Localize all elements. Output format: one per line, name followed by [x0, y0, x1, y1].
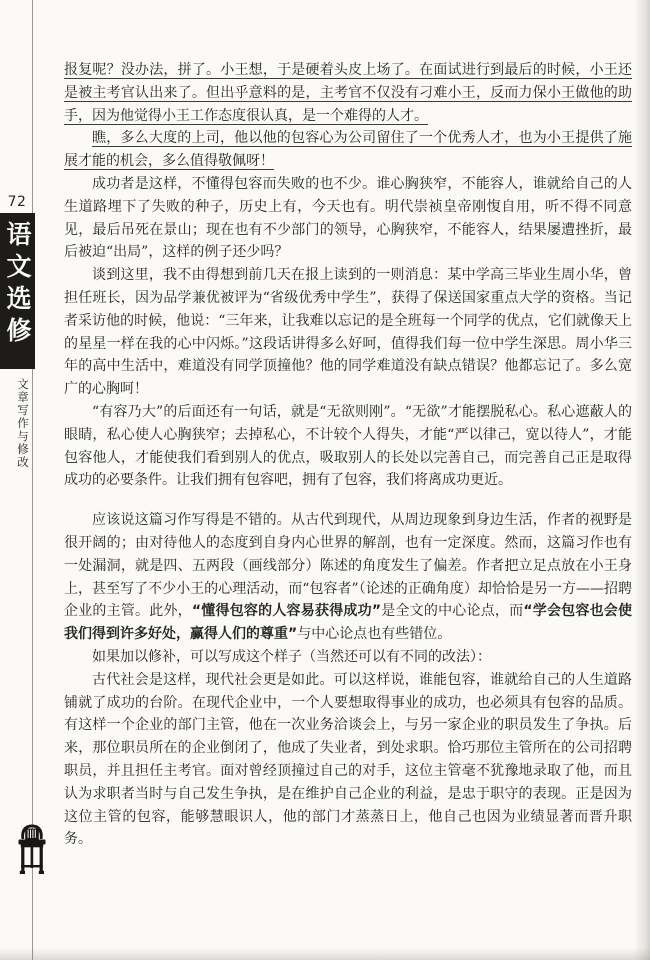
emphasis-quote: “懂得包容的人容易获得成功”: [192, 603, 381, 619]
student-essay-section: 报复呢？没办法，拼了。小王想，于是硬着头皮上场了。在面试进行到最后的时候，小王还…: [64, 59, 632, 492]
essay-paragraph: “有容乃大”的后面还有一句话，就是“无欲则刚”。“无欲”才能摆脱私心。私心遮蔽人…: [64, 401, 632, 492]
textbook-page: 72 语文选修 文章写作与修改 报复呢？没办法，拼了。小王想，于是硬着头皮上场了…: [0, 0, 650, 960]
commentary-section: 应该说这篇习作写得是不错的。从古代到现代，从周边现象到身边生活，作者的视野是很开…: [64, 509, 632, 669]
text-run: 是全文的中心论点，而: [381, 603, 523, 619]
essay-paragraph: 报复呢？没办法，拼了。小王想，于是硬着头皮上场了。在面试进行到最后的时候，小王还…: [64, 59, 632, 127]
page-edge-shadow-bottom: [0, 947, 650, 960]
margin-rule-line: [32, 0, 33, 960]
revised-sample-section: 古代社会是这样，现代社会更是如此。可以这样说，谁能包容，谁就给自己的人生道路铺就…: [64, 669, 632, 851]
essay-paragraph: 谈到这里，我不由得想到前几天在报上读到的一则消息：某中学高三毕业生周小华，曾担任…: [64, 264, 632, 401]
page-content: 报复呢？没办法，拼了。小王想，于是硬着头皮上场了。在面试进行到最后的时候，小王还…: [64, 59, 632, 851]
text-run: 报复呢？没办法，拼了。小王想，于是硬着头皮上场了。在面试进行到最后的时候，小王还…: [64, 62, 632, 124]
page-number: 72: [4, 194, 30, 210]
essay-paragraph: 瞧，多么大度的上司，他以他的包容心为公司留住了一个优秀人才，也为小王提供了施展才…: [64, 127, 632, 173]
text-run: 谈到这里，我不由得想到前几天在报上读到的一则消息：某中学高三毕业生周小华，曾担任…: [64, 267, 632, 397]
chair-ornament-icon: [17, 822, 47, 878]
text-run: “有容乃大”的后面还有一句话，就是“无欲则刚”。“无欲”才能摆脱私心。私心遮蔽人…: [64, 404, 632, 488]
commentary-paragraph: 如果加以修补，可以写成这个样子（当然还可以有不同的改法）：: [64, 646, 632, 669]
series-banner-title: 语文选修: [3, 221, 32, 349]
page-edge-shadow-right: [634, 0, 650, 960]
text-run: 成功者是这样，不懂得包容而失败的也不少。谁心胸狭窄，不能容人，谁就给自己的人生道…: [64, 176, 632, 260]
series-subtitle: 文章写作与修改: [15, 378, 31, 469]
commentary-paragraph: 应该说这篇习作写得是不错的。从古代到现代，从周边现象到身边生活，作者的视野是很开…: [64, 509, 632, 646]
revised-paragraph: 古代社会是这样，现代社会更是如此。可以这样说，谁能包容，谁就给自己的人生道路铺就…: [64, 669, 632, 851]
text-run: 古代社会是这样，现代社会更是如此。可以这样说，谁能包容，谁就给自己的人生道路铺就…: [64, 672, 632, 848]
series-banner: 语文选修: [0, 213, 35, 369]
essay-paragraph: 成功者是这样，不懂得包容而失败的也不少。谁心胸狭窄，不能容人，谁就给自己的人生道…: [64, 173, 632, 264]
text-run: 与中心论点也有些错位。: [297, 626, 451, 642]
text-run: 如果加以修补，可以写成这个样子（当然还可以有不同的改法）：: [92, 649, 491, 665]
text-run: 瞧，多么大度的上司，他以他的包容心为公司留住了一个优秀人才，也为小王提供了施展才…: [64, 130, 632, 169]
